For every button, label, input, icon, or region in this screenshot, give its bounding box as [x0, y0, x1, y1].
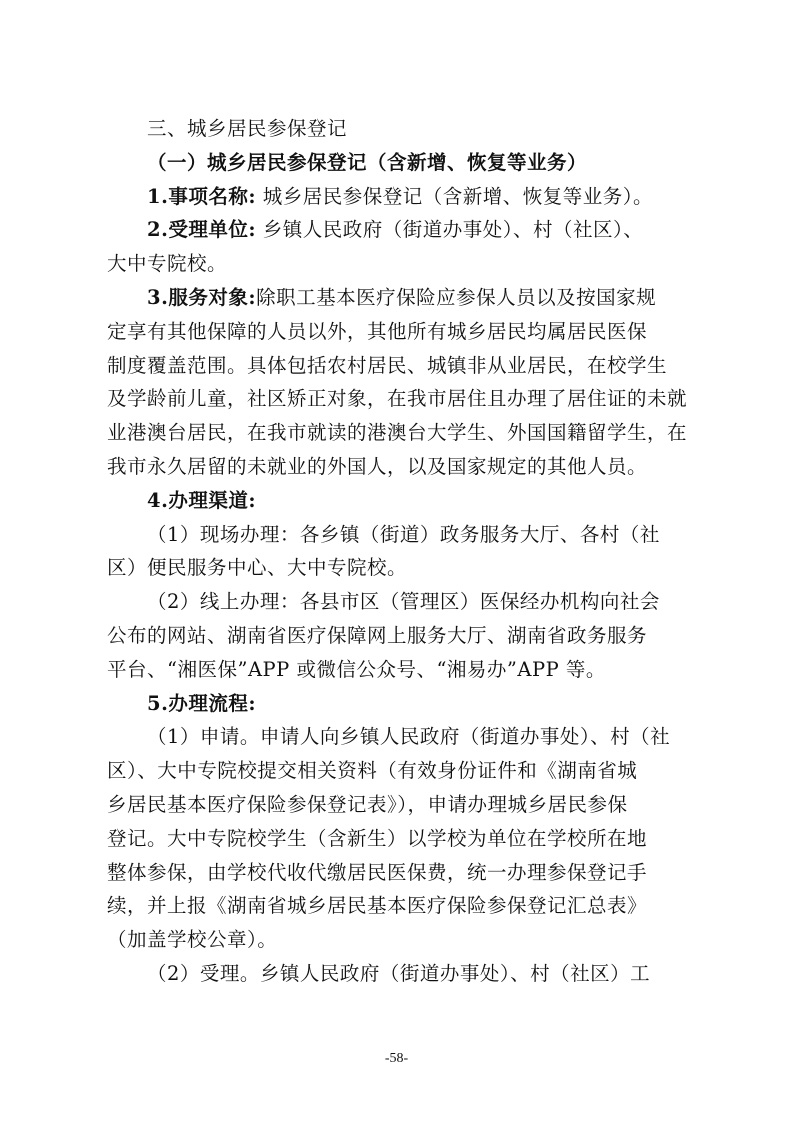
process-apply-line4: 登记。大中专院校学生（含新生）以学校为单位在学校所在地	[107, 822, 689, 856]
item-target-text: 除职工基本医疗保险应参保人员以及按国家规	[256, 286, 656, 309]
item-target-line6: 我市永久居留的未就业的外国人，以及国家规定的其他人员。	[107, 450, 689, 484]
item-target-label: 3.服务对象:	[147, 286, 256, 309]
item-unit: 2.受理单位: 乡镇人民政府（街道办事处）、村（社区）、	[107, 213, 689, 247]
item-target-line5: 业港澳台居民，在我市就读的港澳台大学生、外国国籍留学生，在	[107, 416, 689, 450]
channel-onsite-line1: （1）现场办理：各乡镇（街道）政务服务大厅、各村（社	[107, 518, 689, 552]
item-target-line2: 定享有其他保障的人员以外，其他所有城乡居民均属居民医保	[107, 315, 689, 349]
item-unit-text: 乡镇人民政府（街道办事处）、村（社区）、	[256, 218, 643, 241]
process-accept-line1: （2）受理。乡镇人民政府（街道办事处）、村（社区）工	[107, 957, 689, 991]
item-process-label: 5.办理流程:	[107, 687, 689, 721]
item-target-line3: 制度覆盖范围。具体包括农村居民、城镇非从业居民，在校学生	[107, 349, 689, 383]
process-apply-line7: （加盖学校公章）。	[107, 923, 689, 957]
process-apply-line3: 乡居民基本医疗保险参保登记表》），申请办理城乡居民参保	[107, 788, 689, 822]
page-number: -58-	[0, 1051, 793, 1067]
item-name-label: 1.事项名称:	[147, 185, 256, 208]
process-apply-line1: （1）申请。申请人向乡镇人民政府（街道办事处）、村（社	[107, 720, 689, 754]
item-name: 1.事项名称: 城乡居民参保登记（含新增、恢复等业务）。	[107, 180, 689, 214]
item-unit-cont: 大中专院校。	[107, 247, 689, 281]
item-target-line4: 及学龄前儿童，社区矫正对象，在我市居住且办理了居住证的未就	[107, 382, 689, 416]
item-unit-label: 2.受理单位:	[147, 218, 256, 241]
channel-onsite-line2: 区）便民服务中心、大中专院校。	[107, 551, 689, 585]
process-apply-line5: 整体参保，由学校代收代缴居民医保费，统一办理参保登记手	[107, 856, 689, 890]
channel-online-line3: 平台、“湘医保”APP 或微信公众号、“湘易办”APP 等。	[107, 653, 689, 687]
item-name-text: 城乡居民参保登记（含新增、恢复等业务）。	[256, 185, 653, 208]
channel-online-line1: （2）线上办理：各县市区（管理区）医保经办机构向社会	[107, 585, 689, 619]
item-target: 3.服务对象:除职工基本医疗保险应参保人员以及按国家规	[107, 281, 689, 315]
channel-online-line2: 公布的网站、湖南省医疗保障网上服务大厅、湖南省政务服务	[107, 619, 689, 653]
subsection-title: （一）城乡居民参保登记（含新增、恢复等业务）	[107, 146, 689, 180]
process-apply-line6: 续，并上报《湖南省城乡居民基本医疗保险参保登记汇总表》	[107, 889, 689, 923]
section-title: 三、城乡居民参保登记	[107, 112, 689, 146]
document-page: 三、城乡居民参保登记 （一）城乡居民参保登记（含新增、恢复等业务） 1.事项名称…	[107, 112, 689, 991]
process-apply-line2: 区）、大中专院校提交相关资料（有效身份证件和《湖南省城	[107, 754, 689, 788]
item-channel-label: 4.办理渠道:	[107, 484, 689, 518]
